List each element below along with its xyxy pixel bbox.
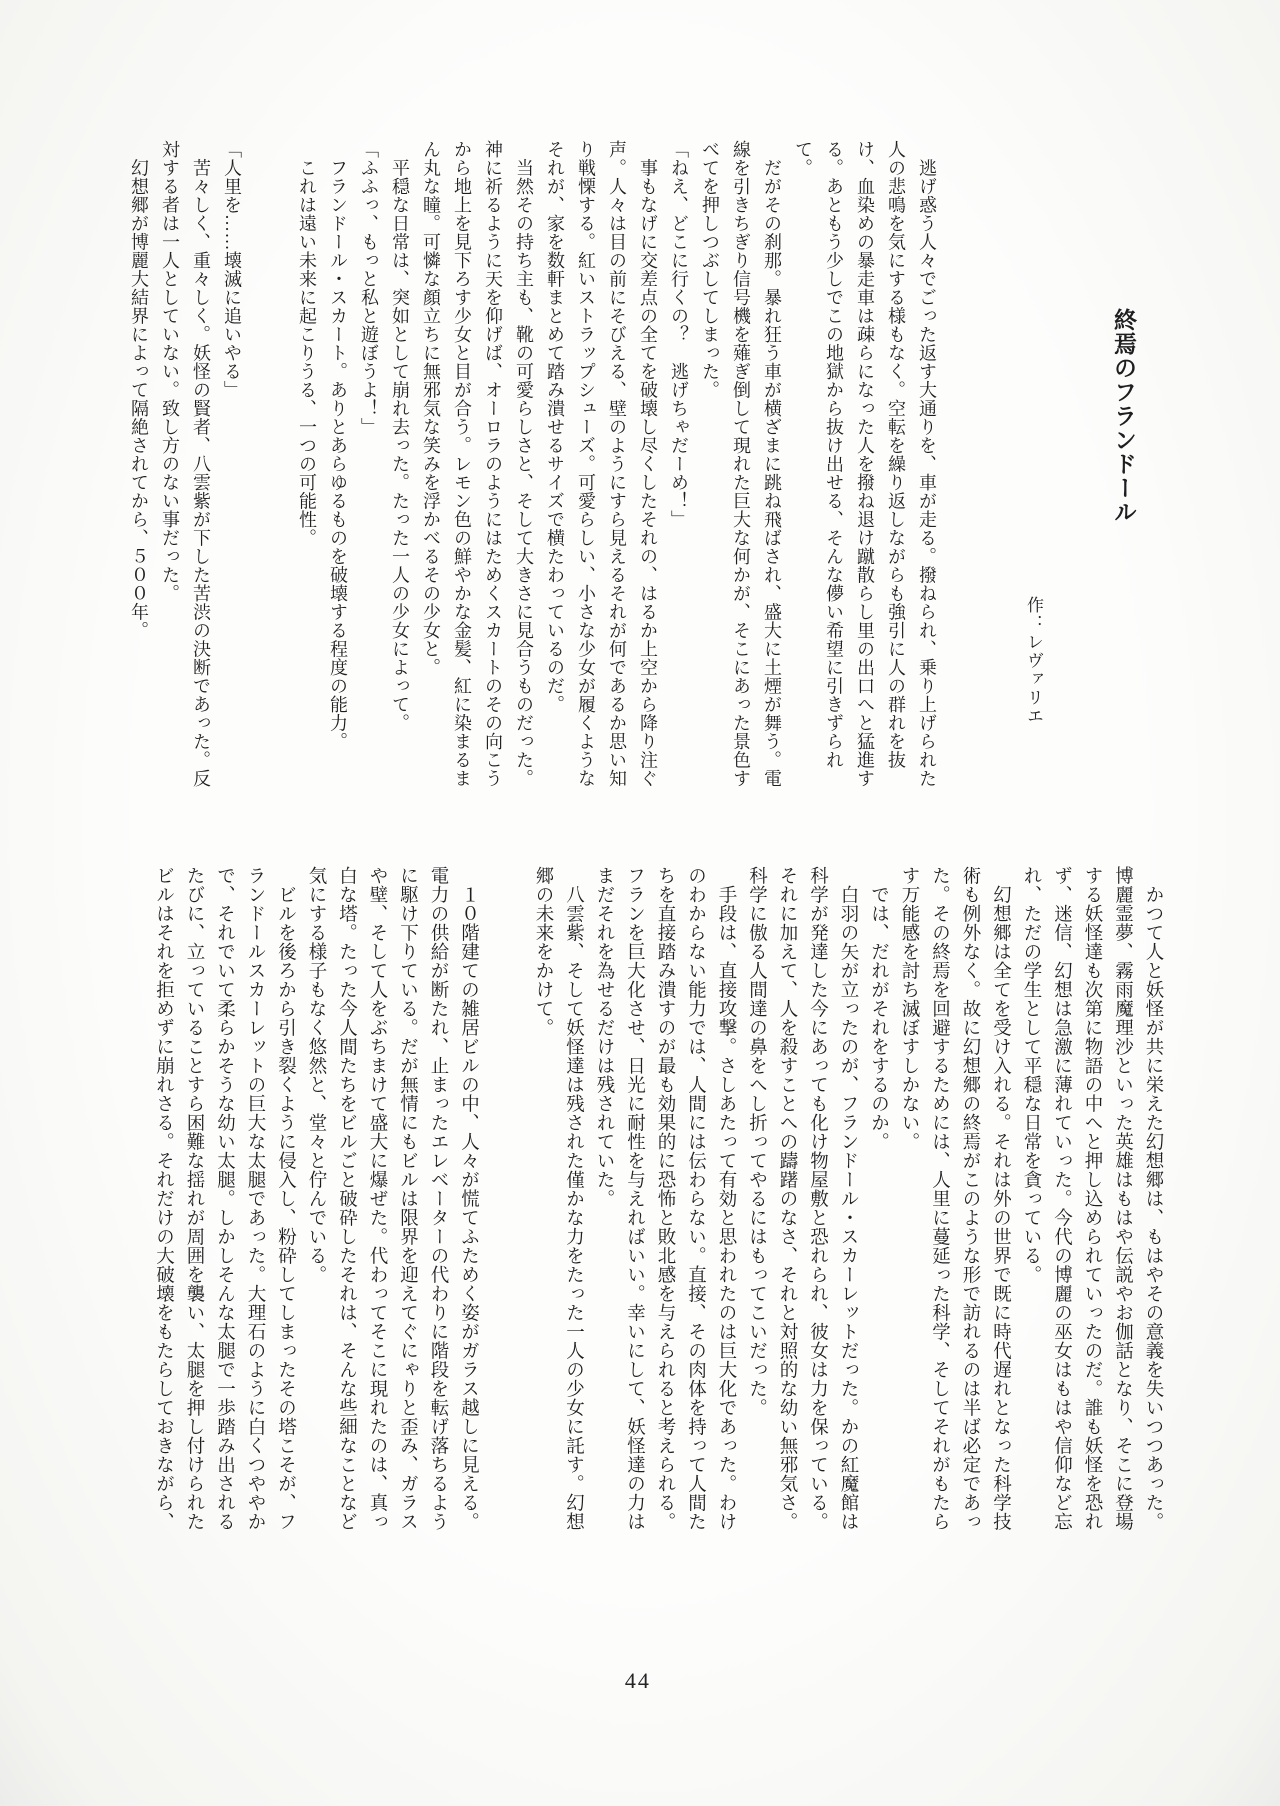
story-section-top: 逃げ惑う人々でごった返す大通りを、車が走る。撥ねられ、乗り上げられた人の悲鳴を気… <box>123 140 942 800</box>
paragraph: 「人里を……壊滅に追いやる」 <box>216 140 247 800</box>
paragraph: 八雲紫、そして妖怪達は残された僅かな力をたった一人の少女に託す。幻想郷の未来をか… <box>528 866 589 1546</box>
paragraph: 白羽の矢が立ったのが、フランドール・スカーレットだった。かの紅魔館は科学が発達し… <box>741 866 863 1546</box>
paragraph-group: かつて人と妖怪が共に栄えた幻想郷は、もはやその意義を失いつつあった。博麗霊夢、霧… <box>528 866 1169 1546</box>
scanned-novel-page: 終焉のフランドール 作：レヴァリエ 逃げ惑う人々でごった返す大通りを、車が走る。… <box>0 0 1280 1806</box>
paragraph-group: 「人里を……壊滅に追いやる」 苦々しく、重々しく。妖怪の賢者、八雲紫が下した苦渋… <box>123 140 247 800</box>
paragraph-group: １０階建ての雑居ビルの中、人々が慌てふためく姿がガラス越しに見える。電力の供給が… <box>148 866 484 1546</box>
paragraph: 平穏な日常は、突如として崩れ去った。たった一人の少女によって。 <box>384 140 415 800</box>
paragraph: 「ねえ、どこに行くの？ 逃げちゃだーめ！」 <box>663 140 694 800</box>
paragraph: これは遠い未来に起こりうる、一つの可能性。 <box>291 140 322 800</box>
paragraph: 苦々しく、重々しく。妖怪の賢者、八雲紫が下した苦渋の決断であった。反対する者は一… <box>154 140 216 800</box>
story-author: 作：レヴァリエ <box>1021 596 1046 726</box>
paragraph: 事もなげに交差点の全てを破壊し尽くしたそれの、はるか上空から降り注ぐ声。人々は目… <box>539 140 663 800</box>
paragraph: 逃げ惑う人々でごった返す大通りを、車が走る。撥ねられ、乗り上げられた人の悲鳴を気… <box>787 140 942 800</box>
paragraph: 「ふふっ、もっと私と遊ぼうよ！」 <box>353 140 384 800</box>
page-title: 終焉のフランドール <box>1107 308 1140 524</box>
paragraph-group: 逃げ惑う人々でごった返す大通りを、車が走る。撥ねられ、乗り上げられた人の悲鳴を気… <box>291 140 942 800</box>
paragraph: フランドール・スカート。ありとあらゆるものを破壊する程度の能力。 <box>322 140 353 800</box>
paragraph: １０階建ての雑居ビルの中、人々が慌てふためく姿がガラス越しに見える。電力の供給が… <box>301 866 484 1546</box>
paragraph: 当然その持ち主も、靴の可愛らしさと、そして大きさに見合うものだった。神に祈るよう… <box>415 140 539 800</box>
paragraph: ビルを後ろから引き裂くように侵入し、粉砕してしまったその塔こそが、フランドールス… <box>148 866 301 1546</box>
paragraph: だがその刹那。暴れ狂う車が横ざまに跳ね飛ばされ、盛大に土煙が舞う。電線を引きちぎ… <box>694 140 787 800</box>
paragraph: では、だれがそれをするのか。 <box>863 866 894 1546</box>
page-number: 44 <box>625 1668 651 1694</box>
paragraph: 幻想郷が博麗大結界によって隔絶されてから、５００年。 <box>123 140 154 800</box>
paragraph: かつて人と妖怪が共に栄えた幻想郷は、もはやその意義を失いつつあった。博麗霊夢、霧… <box>1016 866 1169 1546</box>
paragraph: 幻想郷は全てを受け入れる。それは外の世界で既に時代遅れとなった科学技術も例外なく… <box>894 866 1016 1546</box>
paragraph: 手段は、直接攻撃。さしあたって有効と思われたのは巨大化であった。わけのわからない… <box>589 866 742 1546</box>
story-section-bottom: かつて人と妖怪が共に栄えた幻想郷は、もはやその意義を失いつつあった。博麗霊夢、霧… <box>148 866 1168 1546</box>
